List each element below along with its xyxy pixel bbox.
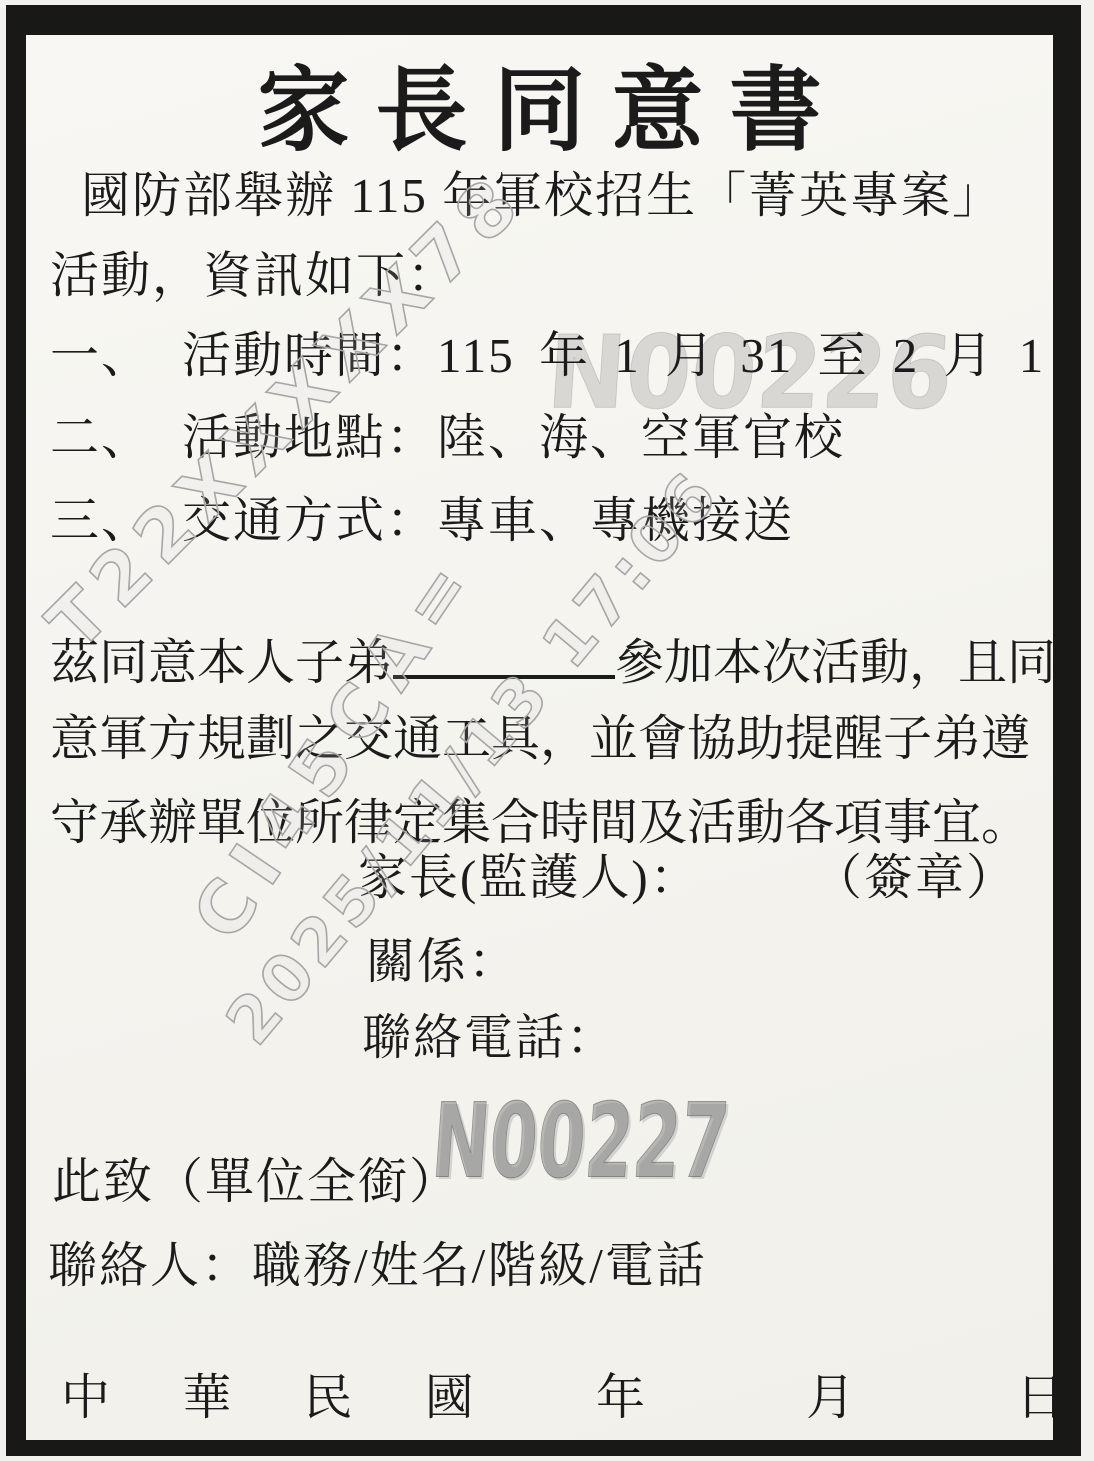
contact-line: 聯絡人：職務/姓名/階級/電話 [48,1235,707,1296]
intro-line-1: 國防部舉辦 115 年軍校招生「菁英專案」 [81,165,1003,226]
date-day-label: 日 [1016,1367,1053,1428]
consent-form: N00226 N00227 家長同意書 國防部舉辦 115 年軍校招生「菁英專案… [26,35,1053,1440]
addressee-line: 此致（單位全銜） [52,1151,460,1212]
item-row: 一、活動時間：115 年 1 月 31 至 2 月 1 日 [50,325,1053,386]
item-row: 二、活動地點：陸、海、空軍官校 [50,407,845,468]
serial-stamp: N00227 [429,1090,732,1193]
date-year-label: 年 [596,1367,647,1428]
item-number: 一、 [50,325,152,386]
consent-text-after-blank: 參加本次活動，且同 [615,635,1053,690]
signature-row: 家長(監護人)： （簽章） [358,847,1017,908]
item-number: 二、 [50,407,152,468]
relation-label: 關係： [366,931,519,992]
seal-label: （簽章） [813,847,1017,908]
date-month-label: 月 [806,1367,857,1428]
page-border: N00226 N00227 家長同意書 國防部舉辦 115 年軍校招生「菁英專案… [6,5,1081,1456]
consent-line-3: 守承辦單位所律定集合時間及活動各項事宜。 [50,792,1030,853]
form-title: 家長同意書 [26,37,1053,169]
phone-label: 聯絡電話： [362,1007,617,1068]
date-era-label: 中 華 民 國 [61,1367,504,1428]
scanned-page: N00226 N00227 家長同意書 國防部舉辦 115 年軍校招生「菁英專案… [0,0,1094,1461]
